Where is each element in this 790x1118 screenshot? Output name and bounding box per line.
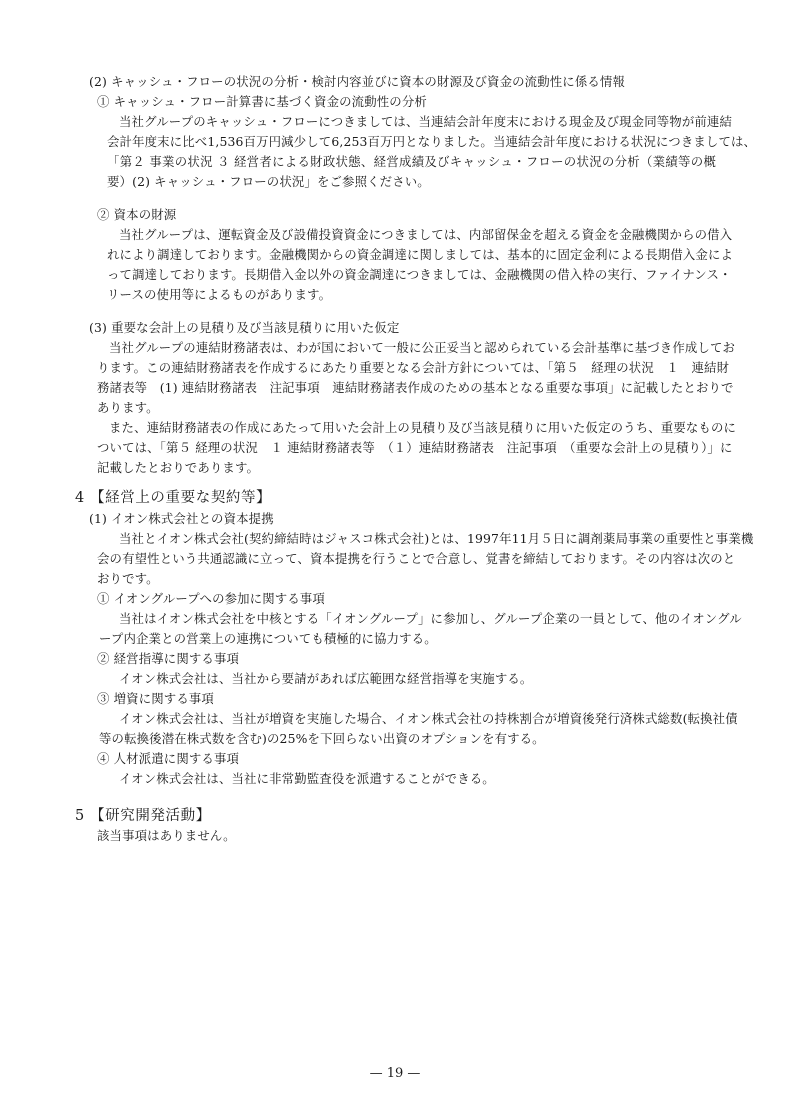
section-2-1-heading: ① キャッシュ・フロー計算書に基づく資金の流動性の分析 <box>97 92 427 112</box>
paragraph-line: イオン株式会社は、当社から要請があれば広範囲な経営指導を実施する。 <box>119 669 532 689</box>
paragraph-line: れにより調達しております。金融機関からの資金調達に関しましては、基本的に固定金利… <box>107 245 716 265</box>
section-2-2-heading: ② 資本の財源 <box>97 205 176 225</box>
paragraph-line: 当社グループは、運転資金及び設備投資資金につきましては、内部留保金を超える資金を… <box>119 225 716 245</box>
paragraph-line: イオン株式会社は、当社に非常勤監査役を派遣することができる。 <box>119 769 495 789</box>
paragraph-line: 当社はイオン株式会社を中核とする「イオングループ」に参加し、グループ企業の一員と… <box>119 609 716 629</box>
sub-item-heading: ② 経営指導に関する事項 <box>97 649 239 669</box>
paragraph-line: 当社グループのキャッシュ・フローにつきましては、当連結会計年度末における現金及び… <box>119 112 716 132</box>
paragraph-line: 記載したとおりであります。 <box>97 458 259 478</box>
chapter-4-heading: 4 【経営上の重要な契約等】 <box>75 488 271 508</box>
page-number: — 19 — <box>0 1066 790 1081</box>
sub-item-heading: ① イオングループへの参加に関する事項 <box>97 589 325 609</box>
paragraph-line: ープ内企業との営業上の連携についても積極的に協力する。 <box>99 629 437 649</box>
paragraph-line: また、連結財務諸表の作成にあたって用いた会計上の見積り及び当該見積りに用いた仮定… <box>109 418 716 438</box>
paragraph-line: 等の転換後潜在株式数を含む)の25%を下回らない出資のオプションを有する。 <box>99 729 545 749</box>
paragraph-line: って調達しております。長期借入金以外の資金調達につきましては、金融機関の借入枠の… <box>107 265 716 285</box>
chapter-5-heading: 5 【研究開発活動】 <box>75 806 211 826</box>
paragraph-line: 会の有望性という共通認識に立って、資本提携を行うことで合意し、覚書を締結しており… <box>97 549 716 569</box>
sub-item-heading: ④ 人材派遣に関する事項 <box>97 749 239 769</box>
paragraph-line: 当社グループの連結財務諸表は、わが国において一般に公正妥当と認められている会計基… <box>109 338 716 358</box>
paragraph-line: おりです。 <box>97 569 159 589</box>
paragraph-line: 「第２ 事業の状況 ３ 経営者による財政状態、経営成績及びキャッシュ・フローの状… <box>107 152 716 172</box>
paragraph-line: 当社とイオン株式会社(契約締結時はジャスコ株式会社)とは、1997年11月５日に… <box>119 529 716 549</box>
paragraph-line: リースの使用等によるものがあります。 <box>107 285 331 305</box>
paragraph-line: 務諸表等 (1) 連結財務諸表 注記事項 連結財務諸表作成のための基本となる重要… <box>97 378 716 398</box>
chapter-4-item-1-heading: (1) イオン株式会社との資本提携 <box>89 509 274 529</box>
paragraph-line: ついては、「第５ 経理の状況 １ 連結財務諸表等 （１）連結財務諸表 注記事項 … <box>97 438 716 458</box>
paragraph-line: イオン株式会社は、当社が増資を実施した場合、イオン株式会社の持株割合が増資後発行… <box>119 709 716 729</box>
paragraph-line: 該当事項はありません。 <box>97 826 236 846</box>
sub-item-heading: ③ 増資に関する事項 <box>97 689 214 709</box>
paragraph-line: 要）(2) キャッシュ・フローの状況」をご参照ください。 <box>107 172 430 192</box>
paragraph-line: ります。この連結財務諸表を作成するにあたり重要となる会計方針については、「第５ … <box>97 358 716 378</box>
paragraph-line: あります。 <box>97 398 159 418</box>
section-2-heading: (2) キャッシュ・フローの状況の分析・検討内容並びに資本の財源及び資金の流動性… <box>89 72 625 92</box>
paragraph-line: 会計年度末に比べ1,536百万円減少して6,253百万円となりました。当連結会計… <box>107 132 716 152</box>
section-3-heading: (3) 重要な会計上の見積り及び当該見積りに用いた仮定 <box>89 318 400 338</box>
